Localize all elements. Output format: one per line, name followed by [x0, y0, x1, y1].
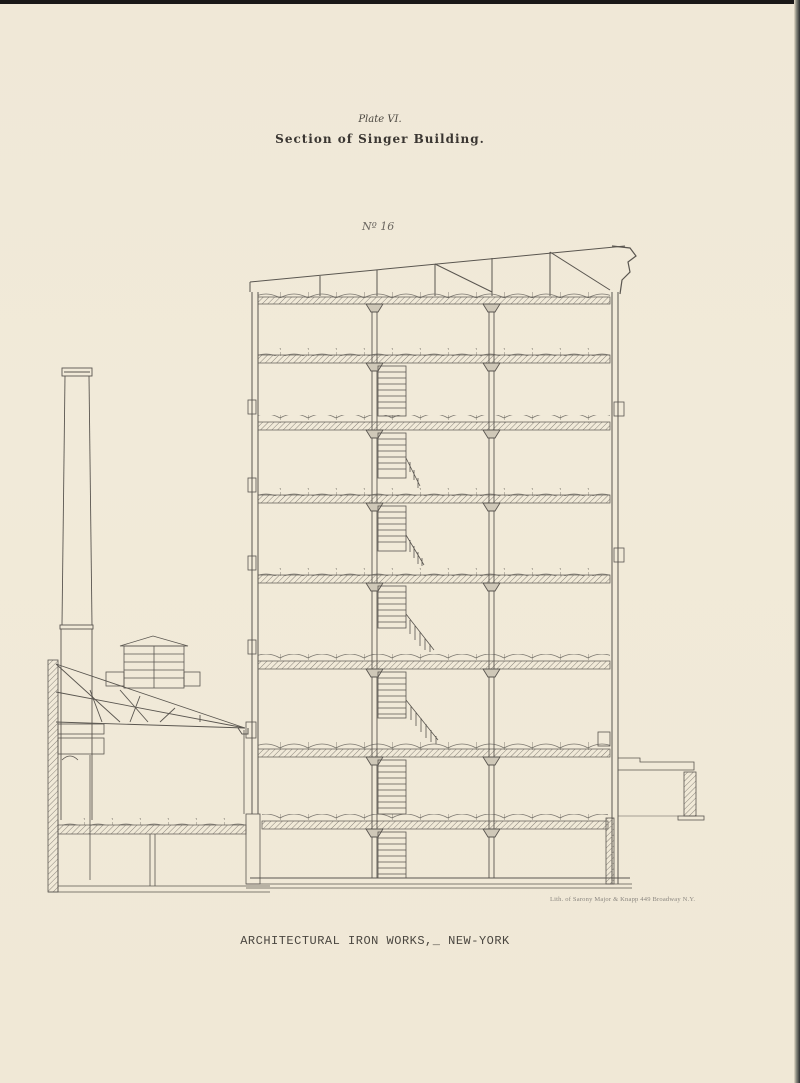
walls [246, 292, 624, 884]
roof [250, 246, 636, 296]
plate-page: Plate VI. Section of Singer Building. Nº… [0, 0, 800, 1083]
side-wall [48, 660, 104, 892]
floor-ground [262, 814, 608, 829]
stair-flight [378, 586, 434, 652]
building-section-drawing [0, 0, 800, 1083]
floor-2 [258, 654, 610, 669]
floor-4 [258, 488, 610, 503]
floor-roof-level [258, 290, 610, 304]
stair-flight [378, 366, 406, 416]
floor-6 [258, 348, 610, 363]
floor-3 [258, 568, 610, 583]
publisher-caption: ARCHITECTURAL IRON WORKS,_ NEW-YORK [0, 934, 750, 948]
stair-flight [378, 832, 406, 878]
chimney [60, 368, 93, 820]
floors [246, 290, 632, 888]
stair-flight [378, 672, 438, 744]
stair-flight [378, 433, 420, 488]
lithographer-credit: Lith. of Sarony Major & Knapp 449 Broadw… [550, 896, 695, 903]
floor-5 [258, 415, 610, 430]
water-tank [106, 636, 200, 688]
floor-1 [258, 742, 610, 757]
skylight-truss [56, 664, 248, 734]
stair-flight [378, 760, 406, 814]
stair-flight [378, 506, 424, 566]
rear-annex [618, 758, 704, 820]
staircase [378, 366, 438, 878]
